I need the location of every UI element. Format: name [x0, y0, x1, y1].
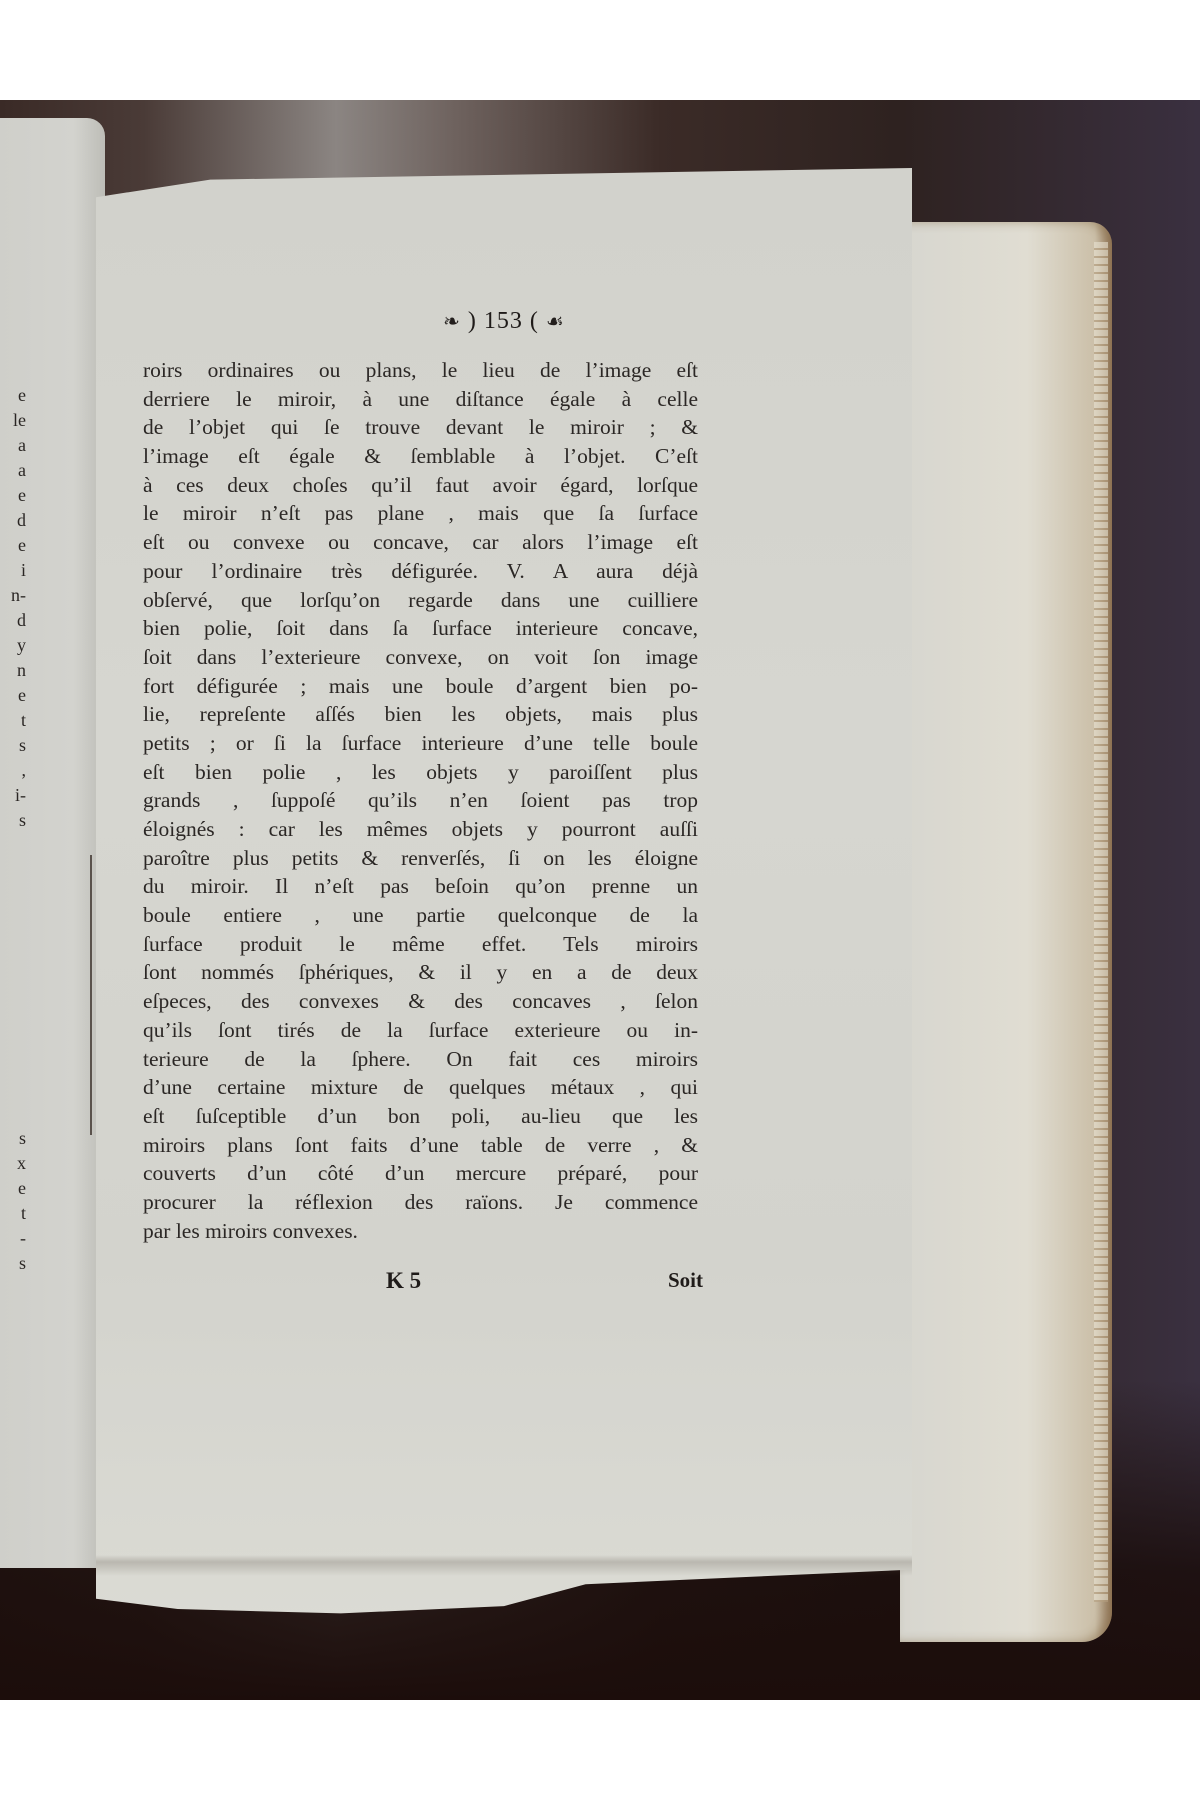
text-line: couverts d’un côté d’un mercure préparé,… — [143, 1159, 698, 1188]
margin-letter: a — [0, 433, 26, 458]
margin-letter: s — [0, 1126, 26, 1151]
margin-letter: e — [0, 383, 26, 408]
margin-letter: le — [0, 408, 26, 433]
margin-letter: - — [0, 1226, 26, 1251]
margin-letter: i- — [0, 783, 26, 808]
margin-letter: s — [0, 808, 26, 833]
text-line: fort défigurée ; mais une boule d’argent… — [143, 672, 698, 701]
margin-letter: i — [0, 558, 26, 583]
text-line: ſont nommés ſphériques, & il y en a de d… — [143, 958, 698, 987]
text-line: petits ; or ſi la ſurface interieure d’u… — [143, 729, 698, 758]
text-line: le miroir n’eſt pas plane , mais que ſa … — [143, 499, 698, 528]
margin-letter: t — [0, 708, 26, 733]
text-line: eſt bien polie , les objets y paroiſſent… — [143, 758, 698, 787]
text-line: eſt ou convexe ou concave, car alors l’i… — [143, 528, 698, 557]
page-header: ❧ ) 153 ( ☙ — [96, 308, 912, 335]
text-line: du miroir. Il n’eſt pas beſoin qu’on pre… — [143, 872, 698, 901]
text-line: l’image eſt égale & ſemblable à l’objet.… — [143, 442, 698, 471]
left-page: e le a a e d e i n- d y n e t s , i- s s… — [0, 118, 105, 1568]
text-line: grands , ſuppoſé qu’ils n’en ſoient pas … — [143, 786, 698, 815]
text-line: lie, repreſente aſſés bien les objets, m… — [143, 700, 698, 729]
ornament-right-icon: ☙ — [546, 311, 565, 333]
text-line: ſoit dans l’exterieure convexe, on voit … — [143, 643, 698, 672]
text-line: ſurface produit le même effet. Tels miro… — [143, 930, 698, 959]
margin-letter: , — [0, 758, 26, 783]
right-page: ❧ ) 153 ( ☙ roirs ordinaires ou plans, l… — [96, 168, 912, 1628]
margin-letter: x — [0, 1151, 26, 1176]
margin-letter: s — [0, 733, 26, 758]
ornament-left-icon: ❧ — [443, 311, 461, 333]
text-line: derriere le miroir, à une diſtance égale… — [143, 385, 698, 414]
gutter-thread — [90, 855, 92, 1135]
text-line: pour l’ordinaire très défigurée. V. A au… — [143, 557, 698, 586]
page-number: ) 153 ( — [468, 308, 539, 334]
margin-letter: a — [0, 458, 26, 483]
body-text: roirs ordinaires ou plans, le lieu de l’… — [143, 356, 698, 1245]
text-line: miroirs plans ſont faits d’une table de … — [143, 1131, 698, 1160]
text-line: à ces deux choſes qu’il faut avoir égard… — [143, 471, 698, 500]
text-line: d’une certaine mixture de quelques métau… — [143, 1073, 698, 1102]
text-line: éloignés : car les mêmes objets y pourro… — [143, 815, 698, 844]
page-block-edge — [900, 222, 1112, 1642]
text-line: obſervé, que lorſqu’on regarde dans une … — [143, 586, 698, 615]
text-line: eſpeces, des convexes & des concaves , ſ… — [143, 987, 698, 1016]
margin-letter: e — [0, 1176, 26, 1201]
margin-letter: t — [0, 1201, 26, 1226]
left-page-text-edge-lower: s x e t - s — [0, 1126, 26, 1276]
text-line: boule entiere , une partie quelconque de… — [143, 901, 698, 930]
text-line: par les miroirs convexes. — [143, 1217, 698, 1246]
text-line: paroître plus petits & renverſés, ſi on … — [143, 844, 698, 873]
margin-letter: d — [0, 508, 26, 533]
text-line: procurer la réflexion des raïons. Je com… — [143, 1188, 698, 1217]
margin-letter: e — [0, 683, 26, 708]
text-line: de l’objet qui ſe trouve devant le miroi… — [143, 413, 698, 442]
signature-mark: K 5 — [386, 1268, 421, 1294]
page-footer: K 5 Soit — [96, 1268, 912, 1298]
margin-letter: s — [0, 1251, 26, 1276]
left-page-text-edge: e le a a e d e i n- d y n e t s , i- s — [0, 383, 26, 833]
text-line: qu’ils ſont tirés de la ſurface exterieu… — [143, 1016, 698, 1045]
margin-letter: e — [0, 483, 26, 508]
margin-letter: d — [0, 608, 26, 633]
margin-letter: n- — [0, 583, 26, 608]
catchword: Soit — [668, 1268, 703, 1293]
margin-letter: e — [0, 533, 26, 558]
margin-letter: y — [0, 633, 26, 658]
text-line: roirs ordinaires ou plans, le lieu de l’… — [143, 356, 698, 385]
text-line: terieure de la ſphere. On fait ces miroi… — [143, 1045, 698, 1074]
text-line: bien polie, ſoit dans ſa ſurface interie… — [143, 614, 698, 643]
text-line: eſt ſuſceptible d’un bon poli, au-lieu q… — [143, 1102, 698, 1131]
margin-letter: n — [0, 658, 26, 683]
